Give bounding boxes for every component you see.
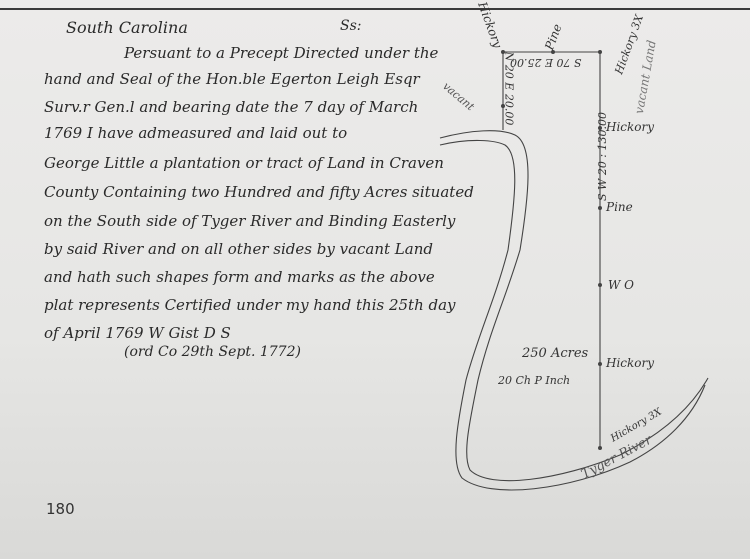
label-acreage: 250 Acres — [522, 346, 588, 361]
label-top-side-bearing: S 70 E 25.00 — [510, 56, 582, 69]
label-left-side-bearing: N 20 E 20.00 — [502, 52, 515, 126]
page-number: 180 — [46, 500, 75, 518]
label-right-wo: W O — [608, 278, 634, 292]
label-lower-hickory: Hickory — [606, 356, 654, 370]
label-right-hickory: Hickory — [606, 120, 654, 134]
label-right-pine: Pine — [606, 200, 633, 214]
document-page: South Carolina Ss: Persuant to a Precept… — [0, 0, 750, 559]
label-scale: 20 Ch P Inch — [498, 374, 570, 387]
